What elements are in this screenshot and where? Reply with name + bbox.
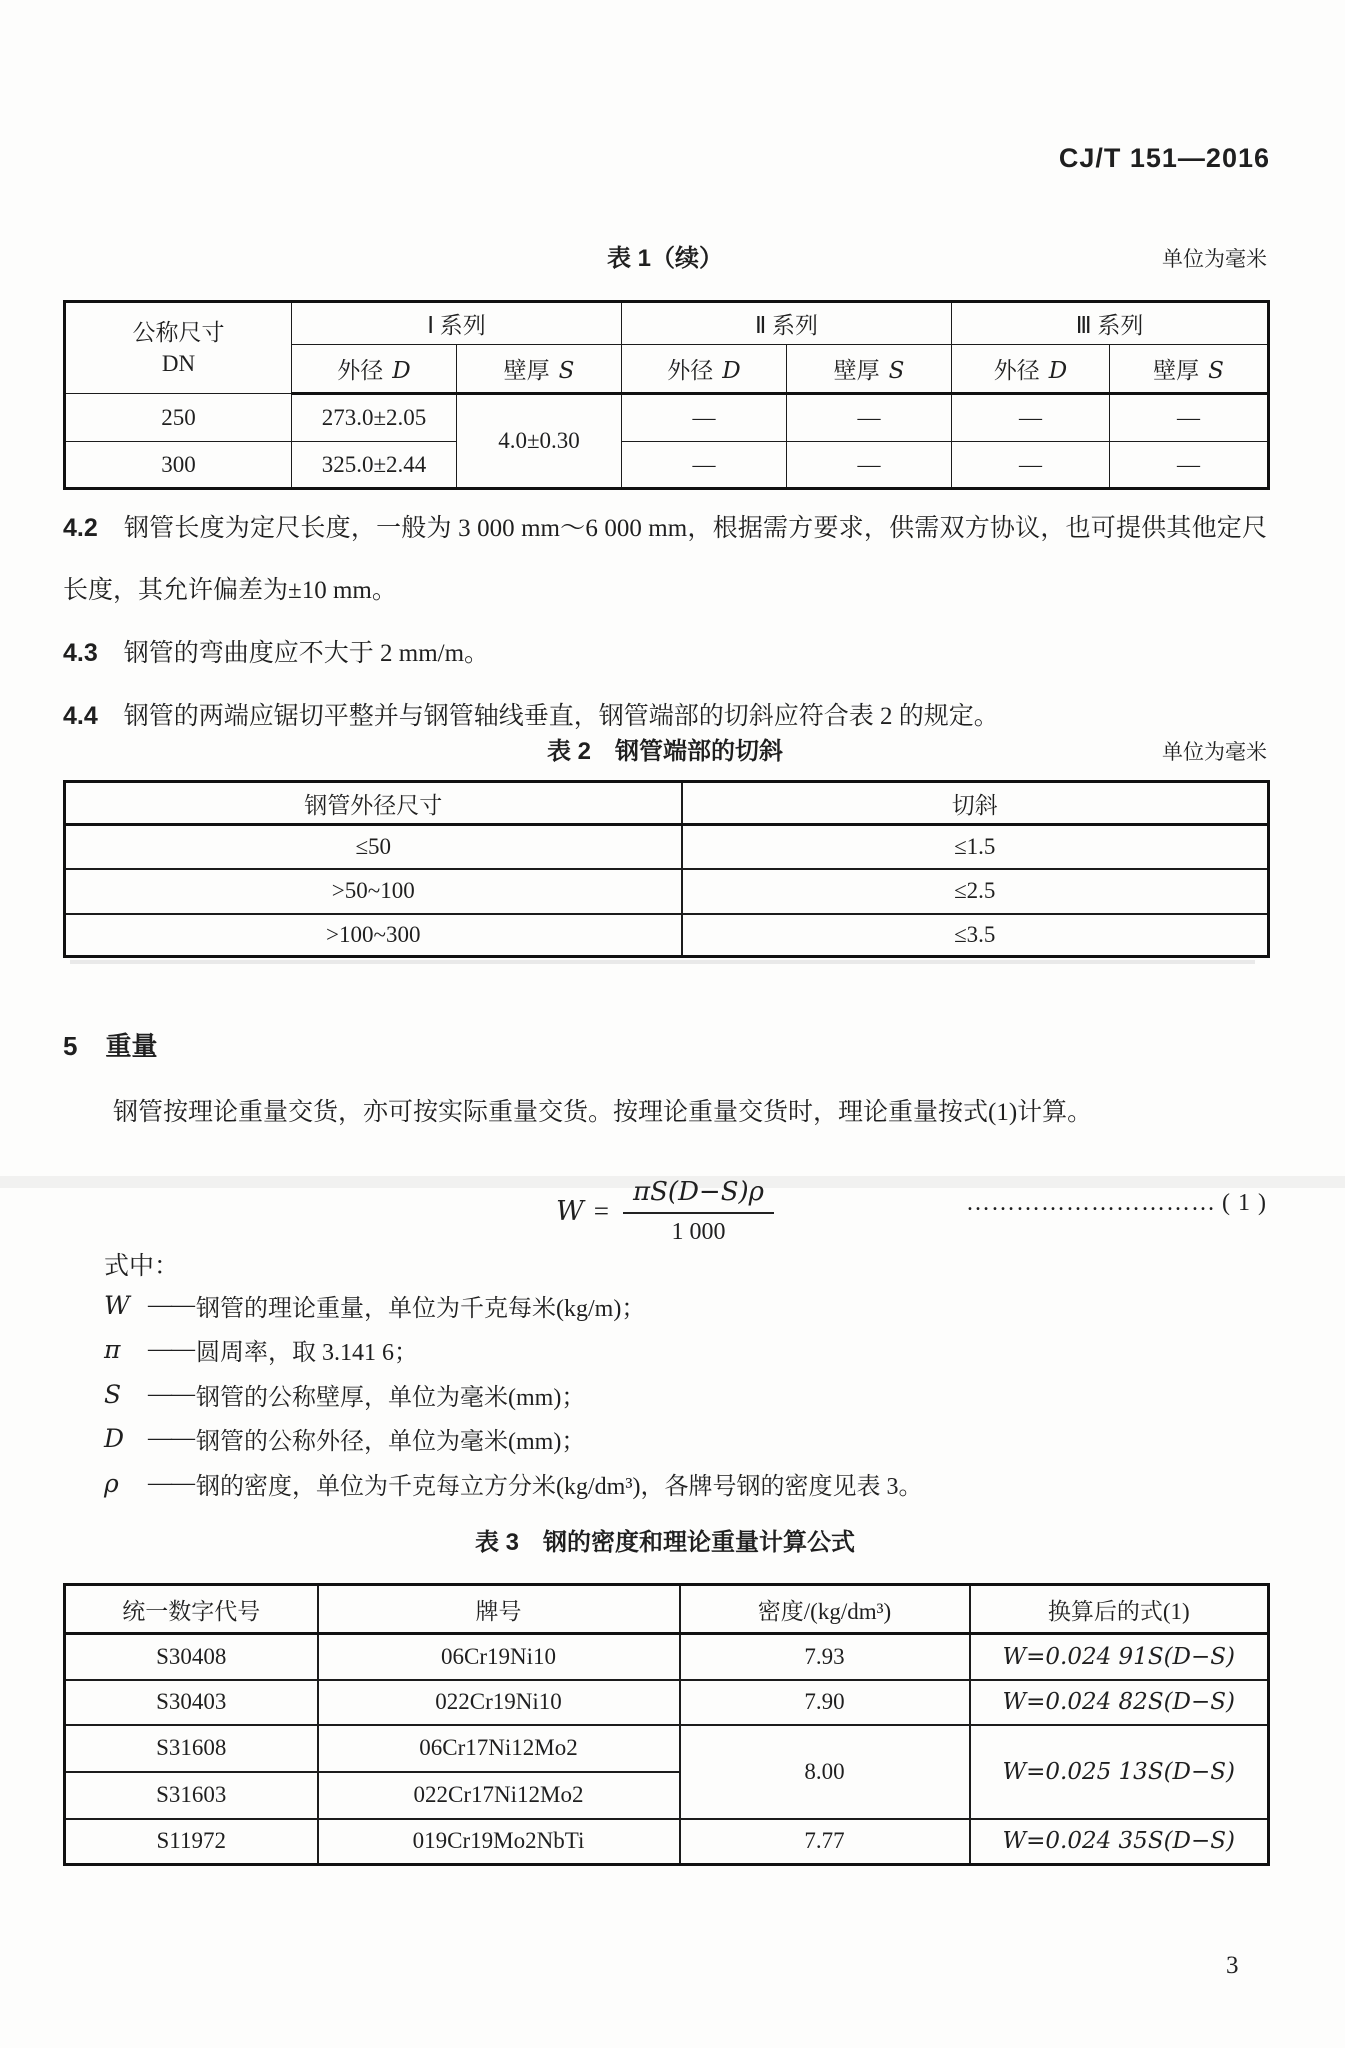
table-row: 300 325.0±2.44 — — — — bbox=[65, 442, 1269, 489]
table3-density: 7.93 bbox=[680, 1634, 970, 1680]
table-row: 250 273.0±2.05 4.0±0.30 — — — — bbox=[65, 394, 1269, 442]
table-row: >50~100 ≤2.5 bbox=[65, 869, 1269, 914]
doc-code-header: CJ/T 151—2016 bbox=[1059, 143, 1270, 174]
table3-formula-merged: W=0.025 13S(D−S) bbox=[970, 1725, 1269, 1819]
definition-list: W——钢管的理论重量，单位为千克每米(kg/m)； π——圆周率，取 3.141… bbox=[104, 1283, 1267, 1506]
document-page: CJ/T 151—2016 表 1（续） 单位为毫米 公称尺寸 DN Ⅰ 系列 … bbox=[0, 0, 1345, 2048]
section-5-intro: 钢管按理论重量交货，亦可按实际重量交货。按理论重量交货时，理论重量按式(1)计算… bbox=[63, 1093, 1267, 1133]
table2-header-size: 钢管外径尺寸 bbox=[65, 782, 682, 825]
table2-unit-note: 单位为毫米 bbox=[1162, 736, 1267, 766]
table2-header-slant: 切斜 bbox=[682, 782, 1269, 825]
table-row: S31608 06Cr17Ni12Mo2 8.00 W=0.025 13S(D−… bbox=[65, 1725, 1269, 1772]
table3-grade: 06Cr19Ni10 bbox=[318, 1634, 680, 1680]
table2: 钢管外径尺寸 切斜 ≤50 ≤1.5 >50~100 ≤2.5 >100~300… bbox=[63, 780, 1270, 958]
table2-cell: >50~100 bbox=[65, 869, 682, 914]
table1-cell-dash: — bbox=[952, 442, 1110, 489]
clause-4-2: 4.2钢管长度为定尺长度，一般为 3 000 mm～6 000 mm，根据需方要… bbox=[63, 497, 1267, 622]
definition-S: S——钢管的公称壁厚，单位为毫米(mm)； bbox=[104, 1372, 1267, 1417]
table-row: S30403 022Cr19Ni10 7.90 W=0.024 82S(D−S) bbox=[65, 1680, 1269, 1725]
table1-unit-note: 单位为毫米 bbox=[1162, 243, 1267, 273]
table3: 统一数字代号 牌号 密度/(kg/dm³) 换算后的式(1) S30408 06… bbox=[63, 1583, 1270, 1866]
table2-cell: >100~300 bbox=[65, 914, 682, 957]
table2-cell: ≤2.5 bbox=[682, 869, 1269, 914]
table3-code: S11972 bbox=[65, 1819, 318, 1865]
table3-density: 7.90 bbox=[680, 1680, 970, 1725]
table3-code: S30403 bbox=[65, 1680, 318, 1725]
table3-formula: W=0.024 35S(D−S) bbox=[970, 1819, 1269, 1865]
table-row: S11972 019Cr19Mo2NbTi 7.77 W=0.024 35S(D… bbox=[65, 1819, 1269, 1865]
table1-cell-dash: — bbox=[1110, 394, 1269, 442]
table1-merged-wall: 4.0±0.30 bbox=[457, 394, 622, 489]
table1: 公称尺寸 DN Ⅰ 系列 Ⅱ 系列 Ⅲ 系列 外径D 壁厚S 外径D 壁厚S 外… bbox=[63, 300, 1270, 490]
table1-subheader-od: 外径D bbox=[952, 345, 1110, 394]
where-label: 式中： bbox=[104, 1246, 179, 1282]
formula-fraction: πS(D−S)ρ 1 000 bbox=[623, 1177, 774, 1246]
table3-formula: W=0.024 82S(D−S) bbox=[970, 1680, 1269, 1725]
table1-cell-dash: — bbox=[622, 442, 787, 489]
table3-density-merged: 8.00 bbox=[680, 1725, 970, 1819]
table2-cell: ≤50 bbox=[65, 825, 682, 869]
table3-header-grade: 牌号 bbox=[318, 1585, 680, 1634]
table3-grade: 022Cr17Ni12Mo2 bbox=[318, 1772, 680, 1819]
formula-lhs: W= bbox=[556, 1196, 609, 1227]
table3-grade: 06Cr17Ni12Mo2 bbox=[318, 1725, 680, 1772]
table3-code: S30408 bbox=[65, 1634, 318, 1680]
page-number: 3 bbox=[1226, 1952, 1239, 1980]
table1-header-series-2: Ⅱ 系列 bbox=[622, 302, 952, 345]
table-row: ≤50 ≤1.5 bbox=[65, 825, 1269, 869]
table1-header-dn: 公称尺寸 DN bbox=[65, 302, 292, 394]
table-row: S30408 06Cr19Ni10 7.93 W=0.024 91S(D−S) bbox=[65, 1634, 1269, 1680]
table1-subheader-wt: 壁厚S bbox=[1110, 345, 1269, 394]
table1-cell-dash: — bbox=[622, 394, 787, 442]
table2-cell: ≤1.5 bbox=[682, 825, 1269, 869]
section-5-heading: 5重量 bbox=[63, 1026, 157, 1063]
table1-title: 表 1（续） bbox=[63, 238, 1267, 273]
scan-artifact bbox=[70, 960, 1255, 964]
table1-header-series-1: Ⅰ 系列 bbox=[292, 302, 622, 345]
table1-cell-dash: — bbox=[952, 394, 1110, 442]
table3-density: 7.77 bbox=[680, 1819, 970, 1865]
table-row: >100~300 ≤3.5 bbox=[65, 914, 1269, 957]
table1-dn-250: 250 bbox=[65, 394, 292, 442]
definition-W: W——钢管的理论重量，单位为千克每米(kg/m)； bbox=[104, 1283, 1267, 1328]
definition-rho: ρ——钢的密度，单位为千克每立方分米(kg/dm³)，各牌号钢的密度见表 3。 bbox=[104, 1461, 1267, 1506]
table1-od-250: 273.0±2.05 bbox=[292, 394, 457, 442]
table3-header-density: 密度/(kg/dm³) bbox=[680, 1585, 970, 1634]
table1-cell-dash: — bbox=[787, 442, 952, 489]
table2-title: 表 2 钢管端部的切斜 bbox=[63, 731, 1267, 766]
table1-subheader-od: 外径D bbox=[622, 345, 787, 394]
definition-pi: π——圆周率，取 3.141 6； bbox=[104, 1328, 1267, 1373]
table3-header-code: 统一数字代号 bbox=[65, 1585, 318, 1634]
table1-subheader-wt: 壁厚S bbox=[787, 345, 952, 394]
formula-leader: …………………………( 1 ) bbox=[966, 1190, 1267, 1217]
table1-od-300: 325.0±2.44 bbox=[292, 442, 457, 489]
table3-title: 表 3 钢的密度和理论重量计算公式 bbox=[63, 1522, 1267, 1557]
table1-header-series-3: Ⅲ 系列 bbox=[952, 302, 1269, 345]
table3-grade: 022Cr19Ni10 bbox=[318, 1680, 680, 1725]
clause-4-3: 4.3钢管的弯曲度应不大于 2 mm/m。 bbox=[63, 622, 1267, 685]
table1-subheader-wt: 壁厚S bbox=[457, 345, 622, 394]
table3-header-formula: 换算后的式(1) bbox=[970, 1585, 1269, 1634]
table3-code: S31603 bbox=[65, 1772, 318, 1819]
table2-cell: ≤3.5 bbox=[682, 914, 1269, 957]
table1-cell-dash: — bbox=[787, 394, 952, 442]
table3-grade: 019Cr19Mo2NbTi bbox=[318, 1819, 680, 1865]
definition-D: D——钢管的公称外径，单位为毫米(mm)； bbox=[104, 1417, 1267, 1462]
clause-block: 4.2钢管长度为定尺长度，一般为 3 000 mm～6 000 mm，根据需方要… bbox=[63, 497, 1267, 748]
table3-code: S31608 bbox=[65, 1725, 318, 1772]
table1-subheader-od: 外径D bbox=[292, 345, 457, 394]
table3-formula: W=0.024 91S(D−S) bbox=[970, 1634, 1269, 1680]
table1-dn-300: 300 bbox=[65, 442, 292, 489]
table1-cell-dash: — bbox=[1110, 442, 1269, 489]
